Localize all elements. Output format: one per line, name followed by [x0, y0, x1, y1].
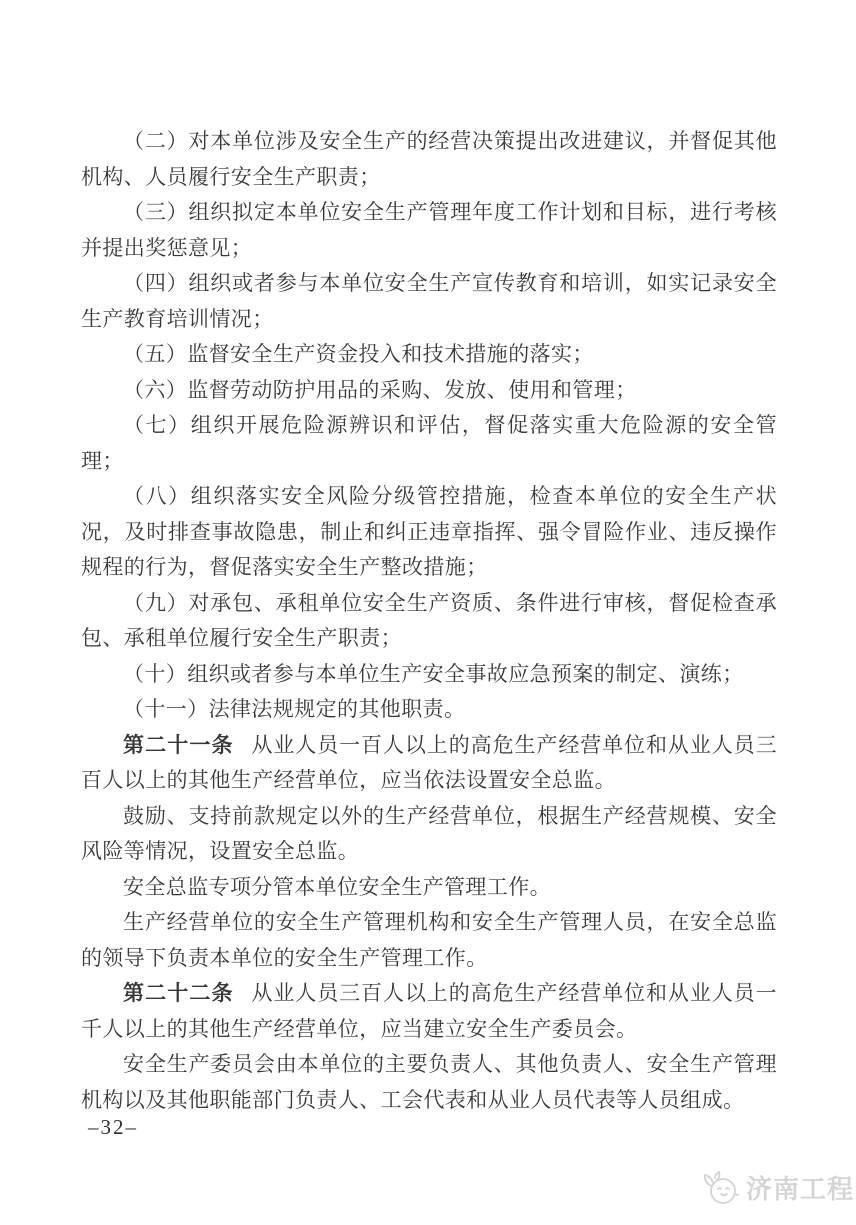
- paragraph: （二）对本单位涉及安全生产的经营决策提出改进建议，并督促其他机构、人员履行安全生…: [81, 124, 777, 195]
- paragraph: 生产经营单位的安全生产管理机构和安全生产管理人员，在安全总监的领导下负责本单位的…: [81, 905, 777, 976]
- paragraph: （六）监督劳动防护用品的采购、发放、使用和管理；: [81, 373, 777, 409]
- paragraph: （九）对承包、承租单位安全生产资质、条件进行审核，督促检查承包、承租单位履行安全…: [81, 586, 777, 657]
- paragraph: 鼓励、支持前款规定以外的生产经营单位，根据生产经营规模、安全风险等情况，设置安全…: [81, 799, 777, 870]
- paragraph: （七）组织开展危险源辨识和评估，督促落实重大危险源的安全管理；: [81, 408, 777, 479]
- paragraph-text: （五）监督安全生产资金投入和技术措施的落实；: [123, 342, 594, 366]
- paragraph-text: 安全总监专项分管本单位安全生产管理工作。: [123, 875, 551, 899]
- paragraph-text: （二）对本单位涉及安全生产的经营决策提出改进建议，并督促其他机构、人员履行安全生…: [81, 129, 777, 189]
- paragraph: （十）组织或者参与本单位生产安全事故应急预案的制定、演练；: [81, 657, 777, 693]
- paragraph: （五）监督安全生产资金投入和技术措施的落实；: [81, 337, 777, 373]
- paragraph: （八）组织落实安全风险分级管控措施，检查本单位的安全生产状况，及时排查事故隐患，…: [81, 479, 777, 586]
- paragraph-text: （七）组织开展危险源辨识和评估，督促落实重大危险源的安全管理；: [81, 413, 777, 473]
- paragraph: 安全总监专项分管本单位安全生产管理工作。: [81, 870, 777, 906]
- paragraph: 安全生产委员会由本单位的主要负责人、其他负责人、安全生产管理机构以及其他职能部门…: [81, 1047, 777, 1118]
- page-number: –32–: [88, 1115, 138, 1140]
- paragraph-text: （十）组织或者参与本单位生产安全事故应急预案的制定、演练；: [123, 662, 744, 686]
- paragraph-text: （十一）法律法规规定的其他职责。: [123, 697, 465, 721]
- paragraph-text: 安全生产委员会由本单位的主要负责人、其他负责人、安全生产管理机构以及其他职能部门…: [81, 1052, 777, 1112]
- paragraph: 第二十一条从业人员一百人以上的高危生产经营单位和从业人员三百人以上的其他生产经营…: [81, 728, 777, 799]
- paragraph: 第二十二条从业人员三百人以上的高危生产经营单位和从业人员一千人以上的其他生产经营…: [81, 976, 777, 1047]
- watermark: 济南工程: [702, 1169, 854, 1206]
- paragraph: （十一）法律法规规定的其他职责。: [81, 692, 777, 728]
- document-page: （二）对本单位涉及安全生产的经营决策提出改进建议，并督促其他机构、人员履行安全生…: [0, 0, 856, 1225]
- paragraph-text: （六）监督劳动防护用品的采购、发放、使用和管理；: [123, 378, 637, 402]
- paragraph-text: （四）组织或者参与本单位安全生产宣传教育和培训，如实记录安全生产教育培训情况；: [81, 271, 777, 331]
- watermark-label: 济南工程: [746, 1169, 854, 1206]
- paragraph-text: （三）组织拟定本单位安全生产管理年度工作计划和目标，进行考核并提出奖惩意见；: [81, 200, 777, 260]
- paragraph: （四）组织或者参与本单位安全生产宣传教育和培训，如实记录安全生产教育培训情况；: [81, 266, 777, 337]
- paragraph: （三）组织拟定本单位安全生产管理年度工作计划和目标，进行考核并提出奖惩意见；: [81, 195, 777, 266]
- paragraph-text: 生产经营单位的安全生产管理机构和安全生产管理人员，在安全总监的领导下负责本单位的…: [81, 910, 777, 970]
- paragraph-text: （八）组织落实安全风险分级管控措施，检查本单位的安全生产状况，及时排查事故隐患，…: [81, 484, 777, 579]
- document-body: （二）对本单位涉及安全生产的经营决策提出改进建议，并督促其他机构、人员履行安全生…: [81, 124, 777, 1118]
- bird-logo-icon: [702, 1170, 740, 1206]
- article-number: 第二十二条: [123, 981, 234, 1005]
- paragraph-text: （九）对承包、承租单位安全生产资质、条件进行审核，督促检查承包、承租单位履行安全…: [81, 591, 777, 651]
- paragraph-text: 鼓励、支持前款规定以外的生产经营单位，根据生产经营规模、安全风险等情况，设置安全…: [81, 804, 777, 864]
- article-number: 第二十一条: [123, 733, 234, 757]
